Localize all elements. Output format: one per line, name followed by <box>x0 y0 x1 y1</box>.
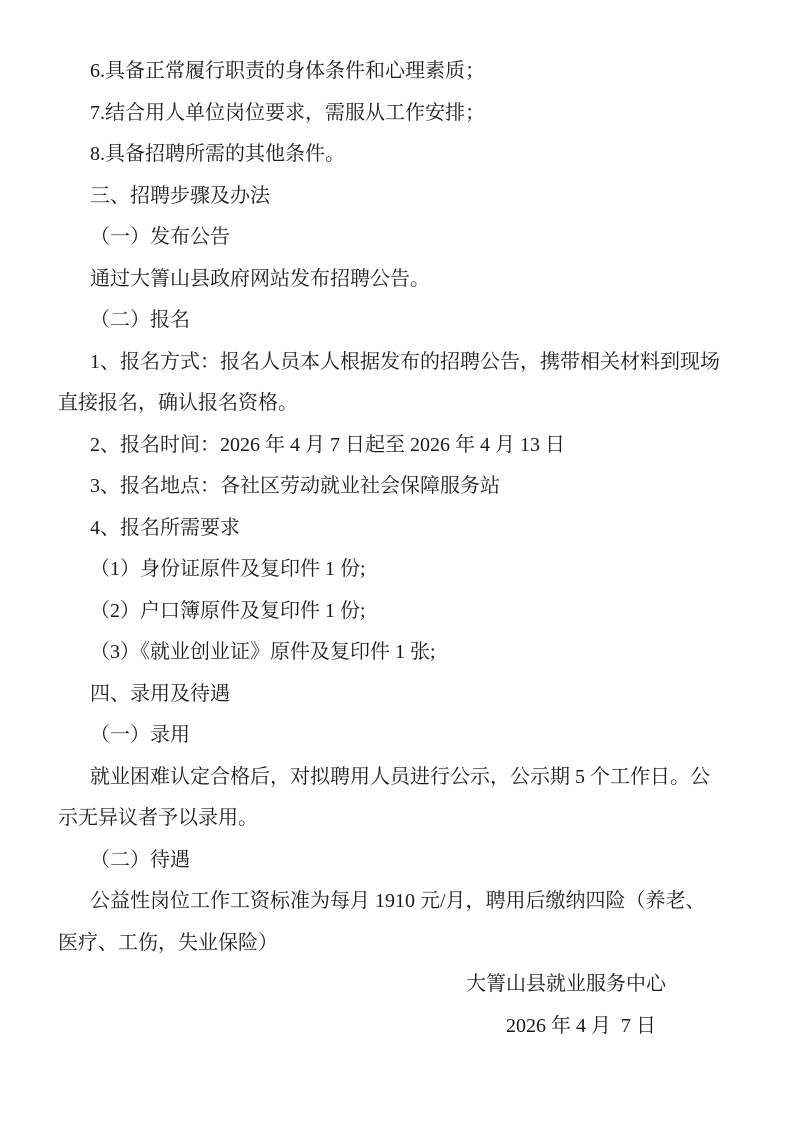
paragraph: 4、报名所需要求 <box>58 508 722 550</box>
paragraph: 大箐山县就业服务中心 <box>58 964 722 1006</box>
paragraph: 8.具备招聘所需的其他条件。 <box>58 134 722 176</box>
document-page: 6.具备正常履行职责的身体条件和心理素质；7.结合用人单位岗位要求，需服从工作安… <box>0 0 793 1122</box>
paragraph: 三、招聘步骤及办法 <box>58 176 722 218</box>
paragraph: 1、报名方式：报名人员本人根据发布的招聘公告，携带相关材料到现场直接报名，确认报… <box>58 342 722 425</box>
paragraph: （一）录用 <box>58 715 722 757</box>
paragraph: （二）待遇 <box>58 840 722 882</box>
paragraph: （3）《就业创业证》原件及复印件 1 张; <box>58 632 722 674</box>
paragraph: 6.具备正常履行职责的身体条件和心理素质； <box>58 51 722 93</box>
paragraph: （二）报名 <box>58 300 722 342</box>
paragraph: 7.结合用人单位岗位要求，需服从工作安排； <box>58 93 722 135</box>
paragraph: 四、录用及待遇 <box>58 674 722 716</box>
paragraph: 公益性岗位工作工资标准为每月 1910 元/月，聘用后缴纳四险（养老、医疗、工伤… <box>58 881 722 964</box>
paragraph: 2、报名时间：2026 年 4 月 7 日起至 2026 年 4 月 13 日 <box>58 425 722 467</box>
paragraph: 3、报名地点：各社区劳动就业社会保障服务站 <box>58 466 722 508</box>
paragraph: （1）身份证原件及复印件 1 份; <box>58 549 722 591</box>
paragraph: 就业困难认定合格后，对拟聘用人员进行公示，公示期 5 个工作日。公示无异议者予以… <box>58 757 722 840</box>
paragraph: （2）户口簿原件及复印件 1 份; <box>58 591 722 633</box>
document-body: 6.具备正常履行职责的身体条件和心理素质；7.结合用人单位岗位要求，需服从工作安… <box>58 51 722 1047</box>
paragraph: 2026 年 4 月 7 日 <box>58 1006 722 1048</box>
paragraph: 通过大箐山县政府网站发布招聘公告。 <box>58 259 722 301</box>
paragraph: （一）发布公告 <box>58 217 722 259</box>
